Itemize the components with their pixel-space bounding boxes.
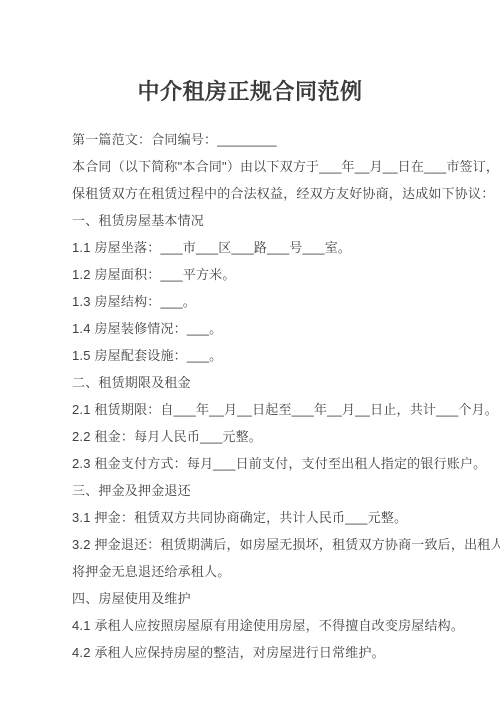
section-heading-1: 一、租赁房屋基本情况 xyxy=(72,207,460,234)
document-page: 中介租房正规合同范例 第一篇范文：合同编号：________ 本合同（以下简称"… xyxy=(0,0,500,707)
clause-1-3: 1.3 房屋结构：___。 xyxy=(72,288,460,315)
clause-3-2-line-1: 3.2 押金退还：租赁期满后，如房屋无损坏，租赁双方协商一致后，出租人应 xyxy=(72,531,460,558)
clause-3-2-line-2: 将押金无息退还给承租人。 xyxy=(72,558,460,585)
contract-line-ref-number: 第一篇范文：合同编号：________ xyxy=(72,126,460,153)
clause-4-2: 4.2 承租人应保持房屋的整洁，对房屋进行日常维护。 xyxy=(72,639,460,666)
page-title: 中介租房正规合同范例 xyxy=(0,76,500,108)
clause-2-1: 2.1 租赁期限：自___年__月__日起至___年__月__日止，共计___个… xyxy=(72,396,460,423)
section-heading-3: 三、押金及押金退还 xyxy=(72,477,460,504)
clause-1-1: 1.1 房屋坐落：___市___区___路___号___室。 xyxy=(72,234,460,261)
section-heading-4: 四、房屋使用及维护 xyxy=(72,585,460,612)
clause-4-1: 4.1 承租人应按照房屋原有用途使用房屋，不得擅自改变房屋结构。 xyxy=(72,612,460,639)
document-body: 第一篇范文：合同编号：________ 本合同（以下简称"本合同"）由以下双方于… xyxy=(0,126,500,666)
clause-2-3: 2.3 租金支付方式：每月___日前支付，支付至出租人指定的银行账户。 xyxy=(72,450,460,477)
clause-3-1: 3.1 押金：租赁双方共同协商确定，共计人民币___元整。 xyxy=(72,504,460,531)
clause-1-5: 1.5 房屋配套设施：___。 xyxy=(72,342,460,369)
clause-1-4: 1.4 房屋装修情况：___。 xyxy=(72,315,460,342)
section-heading-2: 二、租赁期限及租金 xyxy=(72,369,460,396)
contract-line-intro-1: 本合同（以下简称"本合同"）由以下双方于___年__月__日在___市签订，为确 xyxy=(72,153,460,180)
clause-1-2: 1.2 房屋面积：___平方米。 xyxy=(72,261,460,288)
contract-line-intro-2: 保租赁双方在租赁过程中的合法权益，经双方友好协商，达成如下协议： xyxy=(72,180,460,207)
clause-2-2: 2.2 租金：每月人民币___元整。 xyxy=(72,423,460,450)
